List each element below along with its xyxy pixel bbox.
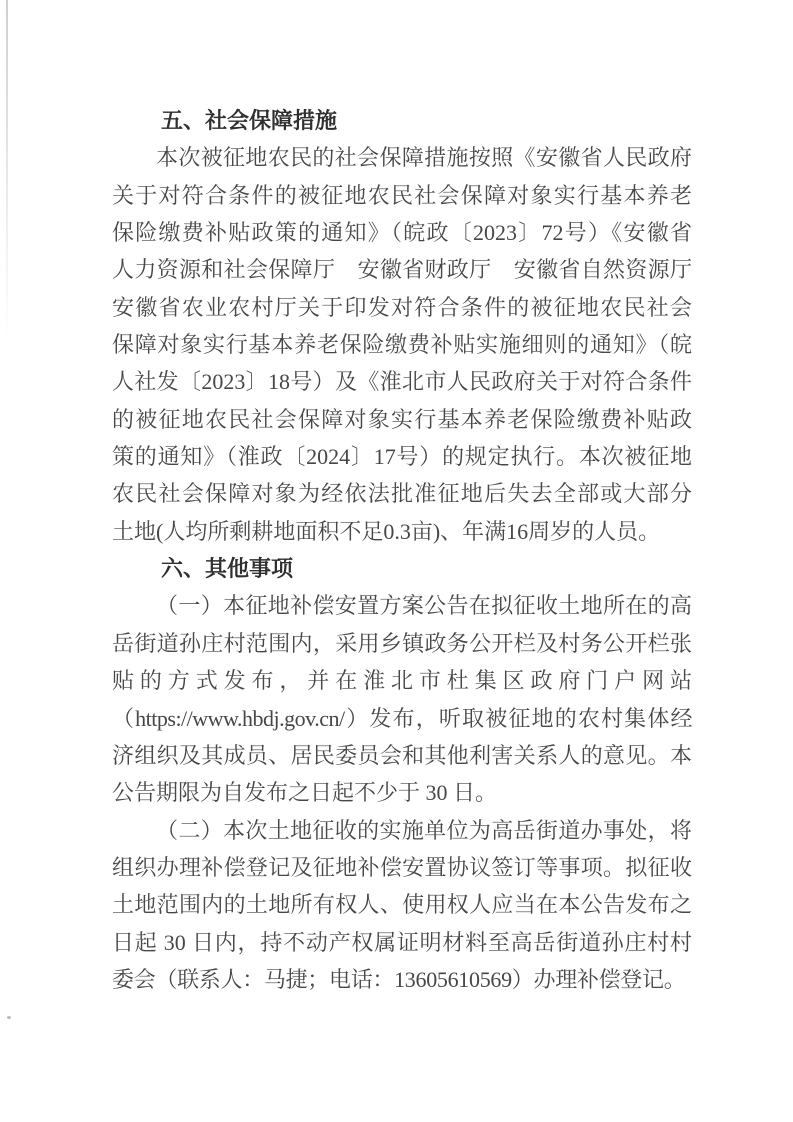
text-line: （二）本次土地征收的实施单位为高岳街道办事处，将 <box>112 812 692 849</box>
text-line: 土地范围内的土地所有权人、使用权人应当在本公告发布之 <box>112 886 692 923</box>
text-block: 五、社会保障措施 本次被征地农民的社会保障措施按照《安徽省人民政府 关于对符合条… <box>112 102 692 998</box>
text-line: （一）本征地补偿安置方案公告在拟征收土地所在的高 <box>112 587 692 624</box>
text-line: 保险缴费补贴政策的通知》（皖政〔2023〕72号）《安徽省 <box>112 214 692 251</box>
section-heading-social-security: 五、社会保障措施 <box>112 102 692 139</box>
scan-speck-artifact <box>7 1016 11 1019</box>
scanned-document-page: 五、社会保障措施 本次被征地农民的社会保障措施按照《安徽省人民政府 关于对符合条… <box>0 0 793 1122</box>
text-line-contact-info: 委会（联系人：马捷；电话：13605610569）办理补偿登记。 <box>112 961 692 998</box>
text-line: 策的通知》（淮政〔2024〕17号）的规定执行。本次被征地 <box>112 438 692 475</box>
text-line: 贴的方式发布，并在淮北市杜集区政府门户网站 <box>112 662 692 699</box>
text-line: 保障对象实行基本养老保险缴费补贴实施细则的通知》（皖 <box>112 326 692 363</box>
text-line: 公告期限为自发布之日起不少于 30 日。 <box>112 774 692 811</box>
text-line: 本次被征地农民的社会保障措施按照《安徽省人民政府 <box>112 139 692 176</box>
text-line: 农民社会保障对象为经依法批准征地后失去全部或大部分 <box>112 475 692 512</box>
text-line: 岳街道孙庄村范围内，采用乡镇政务公开栏及村务公开栏张 <box>112 625 692 662</box>
text-line: 关于对符合条件的被征地农民社会保障对象实行基本养老 <box>112 177 692 214</box>
text-line: 土地(人均所剩耕地面积不足0.3亩)、年满16周岁的人员。 <box>112 513 692 550</box>
text-line: 日起 30 日内，持不动产权属证明材料至高岳街道孙庄村村 <box>112 924 692 961</box>
section-heading-other-matters: 六、其他事项 <box>112 550 692 587</box>
text-line: 安徽省农业农村厅关于印发对符合条件的被征地农民社会 <box>112 289 692 326</box>
text-line: 的被征地农民社会保障对象实行基本养老保险缴费补贴政 <box>112 401 692 438</box>
text-line-website-url: （https://www.hbdj.gov.cn/）发布，听取被征地的农村集体经 <box>112 700 692 737</box>
text-line: 人力资源和社会保障厅 安徽省财政厅 安徽省自然资源厅 <box>112 251 692 288</box>
scan-edge-artifact <box>6 0 8 340</box>
text-line: 济组织及其成员、居民委员会和其他利害关系人的意见。本 <box>112 737 692 774</box>
text-line: 组织办理补偿登记及征地补偿安置协议签订等事项。拟征收 <box>112 849 692 886</box>
text-line: 人社发〔2023〕18号）及《淮北市人民政府关于对符合条件 <box>112 363 692 400</box>
